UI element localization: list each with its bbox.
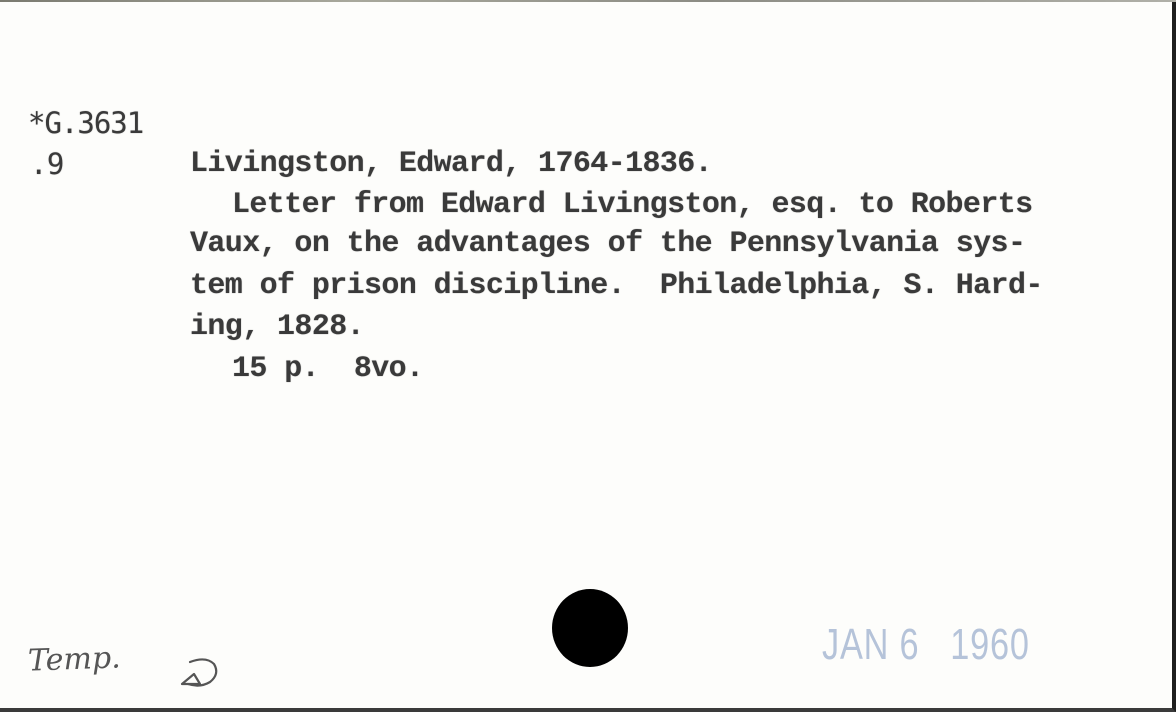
- author-heading: Livingston, Edward, 1764-1836.: [190, 144, 712, 184]
- collation: 15 p. 8vo.: [232, 349, 423, 389]
- title-line-1: Letter from Edward Livingston, esq. to R…: [232, 185, 1033, 225]
- handwritten-note: Temp.: [27, 640, 121, 678]
- title-line-2: Vaux, on the advantages of the Pennsylva…: [190, 224, 1025, 264]
- catalog-card: *G.3631 .9 Livingston, Edward, 1764-1836…: [0, 2, 1176, 712]
- call-number-line2: .9: [30, 144, 64, 184]
- handwritten-mark-icon: [176, 654, 224, 692]
- punch-hole: [552, 589, 628, 667]
- title-line-4: ing, 1828.: [190, 307, 364, 347]
- call-number-line1: *G.3631: [28, 103, 143, 143]
- title-line-3: tem of prison discipline. Philadelphia, …: [190, 266, 1043, 306]
- date-stamp: JAN 6 1960: [822, 620, 1030, 670]
